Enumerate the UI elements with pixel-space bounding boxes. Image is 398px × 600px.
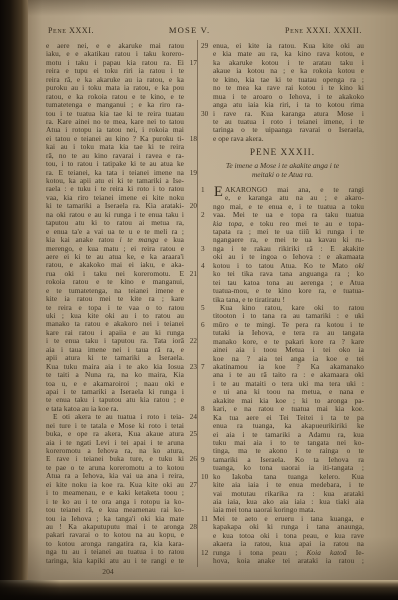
column-divider-rule xyxy=(197,40,198,567)
verse-number: 11 xyxy=(201,515,213,523)
verse-number-gutter xyxy=(201,228,213,236)
verse-number-gutter xyxy=(184,531,197,539)
verse-number-gutter xyxy=(201,464,213,472)
running-head-center: MOSE V. xyxy=(169,25,211,35)
verse-number: 5 xyxy=(201,304,213,312)
verse-number: 17 xyxy=(184,59,197,67)
verse-number: 10 xyxy=(201,473,213,481)
chapter-heading: PENE XXXII. xyxy=(201,148,364,159)
verse-number-gutter xyxy=(184,245,197,253)
verse-number-gutter xyxy=(184,388,197,396)
verse-number-gutter xyxy=(184,67,197,75)
verse-number-gutter xyxy=(184,143,197,151)
verse-number: 28 xyxy=(184,523,197,531)
verse-number-gutter xyxy=(201,76,213,84)
verse-number-gutter xyxy=(201,59,213,67)
verse-number-gutter xyxy=(201,414,213,422)
verse-number-gutter xyxy=(184,211,197,219)
verse-number-gutter xyxy=(201,312,213,320)
verse-number-gutter xyxy=(184,354,197,362)
verse-number-gutter xyxy=(184,219,197,227)
verse-number-gutter xyxy=(184,329,197,337)
verse-number-gutter xyxy=(184,76,197,84)
verse-number-gutter xyxy=(184,50,197,58)
verse-number-gutter xyxy=(184,84,197,92)
verse-number-gutter xyxy=(184,557,197,565)
running-head: Pene XXXI. MOSE V. Pene XXXI. XXXII. xyxy=(48,25,362,35)
verse-number-gutter xyxy=(201,422,213,430)
verse-number-gutter xyxy=(201,329,213,337)
verse-number-gutter xyxy=(184,160,197,168)
verse-number-gutter xyxy=(184,498,197,506)
verse-number: 24 xyxy=(184,413,197,421)
verse-number-gutter xyxy=(201,287,213,295)
verse-number-gutter xyxy=(184,548,197,556)
verse-number-gutter xyxy=(201,126,213,134)
verse-number-gutter xyxy=(201,118,213,126)
left-text-column: e aere nei, e e akaruke mai ratouiaku, e… xyxy=(46,42,197,565)
verse-number-gutter xyxy=(201,338,213,346)
verse-number: 30 xyxy=(201,110,213,118)
page-bottom-edge xyxy=(0,580,398,600)
verse-number-gutter xyxy=(201,50,213,58)
verse-number: 29 xyxy=(201,42,213,50)
verse-number-gutter xyxy=(201,540,213,548)
verse-number-gutter xyxy=(201,447,213,455)
verse-number-gutter xyxy=(184,422,197,430)
verse-number-gutter xyxy=(201,498,213,506)
verse-number-gutter xyxy=(184,346,197,354)
verse-number: 18 xyxy=(184,135,197,143)
verse-number-gutter xyxy=(184,194,197,202)
verse-number-gutter xyxy=(184,405,197,413)
verse-number: 25 xyxy=(184,430,197,438)
verse-number-gutter xyxy=(184,93,197,101)
page-number: 204 xyxy=(88,567,128,576)
verse-number: 6 xyxy=(201,321,213,329)
verse-number-gutter xyxy=(184,177,197,185)
verse-number: 26 xyxy=(184,455,197,463)
verse-number-gutter xyxy=(184,489,197,497)
verse-number-gutter xyxy=(201,346,213,354)
verse-number-gutter xyxy=(184,261,197,269)
verse-number-gutter xyxy=(184,236,197,244)
book-photo: Pene XXXI. MOSE V. Pene XXXI. XXXII. e a… xyxy=(0,0,398,600)
verse-number-gutter xyxy=(201,380,213,388)
verse-number-gutter xyxy=(201,93,213,101)
verse-number: 22 xyxy=(184,337,197,345)
verse-number: 3 xyxy=(201,245,213,253)
verse-number-gutter xyxy=(201,397,213,405)
verse-number-gutter xyxy=(201,220,213,228)
verse-number-gutter xyxy=(184,101,197,109)
verse-number-gutter xyxy=(201,431,213,439)
verse-number-gutter xyxy=(201,67,213,75)
verse-number-gutter xyxy=(201,355,213,363)
text-line: taringa, kia kapiki atu au i te rangi e … xyxy=(46,557,197,565)
verse-number-gutter xyxy=(184,42,197,50)
verse-number: 23 xyxy=(184,363,197,371)
verse-number-gutter xyxy=(184,152,197,160)
verse-number-gutter xyxy=(184,439,197,447)
verse-number: 4 xyxy=(201,262,213,270)
right-text-column: 29enua, ei kite ia ratou. Kua kite oki a… xyxy=(201,42,364,566)
verse-number-gutter xyxy=(184,320,197,328)
verse-number-gutter xyxy=(201,557,213,565)
verse-number: 20 xyxy=(184,202,197,210)
verse-number-gutter xyxy=(201,296,213,304)
verse-number-gutter xyxy=(201,532,213,540)
running-head-right: Pene XXXI. XXXII. xyxy=(285,26,362,35)
verse-number-gutter xyxy=(201,84,213,92)
verse-number: 1 xyxy=(201,186,213,194)
verse-number-gutter xyxy=(201,270,213,278)
verse-number-gutter xyxy=(184,304,197,312)
verse-number: 12 xyxy=(201,549,213,557)
verse-number-gutter xyxy=(184,515,197,523)
verse-number-gutter xyxy=(184,185,197,193)
verse-number: 9 xyxy=(201,456,213,464)
verse-number-gutter xyxy=(201,371,213,379)
verse-number-gutter xyxy=(184,278,197,286)
verse-number-gutter xyxy=(201,388,213,396)
verse-number: 19 xyxy=(184,169,197,177)
verse-number-gutter xyxy=(201,203,213,211)
chapter-subtitle-line: meitaki o te Atua ra. xyxy=(201,171,364,180)
verse-number-gutter xyxy=(184,118,197,126)
verse-number: 2 xyxy=(201,211,213,219)
verse-number-gutter xyxy=(201,135,213,143)
verse-number-gutter xyxy=(184,380,197,388)
verse-number-gutter xyxy=(184,540,197,548)
verse-number-gutter xyxy=(201,490,213,498)
verse-number-gutter xyxy=(201,523,213,531)
verse-number: 27 xyxy=(184,481,197,489)
verse-number-gutter xyxy=(201,506,213,514)
running-head-left: Pene XXXI. xyxy=(48,26,94,35)
verse-number-gutter xyxy=(184,312,197,320)
verse-number-gutter xyxy=(184,464,197,472)
verse-number-gutter xyxy=(184,295,197,303)
verse-number-gutter xyxy=(201,194,213,202)
verse-number-gutter xyxy=(184,396,197,404)
chapter-subtitle: Te imene a Mose i te akakite anga i teme… xyxy=(201,162,364,180)
verse-number-gutter xyxy=(201,439,213,447)
verse-number-gutter xyxy=(184,126,197,134)
verse-number-gutter xyxy=(184,110,197,118)
verse-number-gutter xyxy=(184,287,197,295)
text-line: e ope rava akera. xyxy=(201,135,364,143)
verse-number-gutter xyxy=(184,371,197,379)
line-text: hova, koia anake tei arataki ia ratou ; xyxy=(213,557,364,565)
line-text: e ope rava akera. xyxy=(213,135,364,143)
verse-number: 8 xyxy=(201,405,213,413)
verse-number-gutter xyxy=(184,506,197,514)
verse-number-gutter xyxy=(201,236,213,244)
verse-number-gutter xyxy=(184,253,197,261)
verse-number-gutter xyxy=(201,481,213,489)
verse-number: 21 xyxy=(184,270,197,278)
verse-number-gutter xyxy=(184,447,197,455)
verse-number-gutter xyxy=(201,253,213,261)
line-text: taringa, kia kapiki atu au i te rangi e … xyxy=(46,557,184,565)
verse-number-gutter xyxy=(201,101,213,109)
verse-number-gutter xyxy=(201,279,213,287)
verse-number: 7 xyxy=(201,363,213,371)
verse-number-gutter xyxy=(184,228,197,236)
verse-number-gutter xyxy=(184,472,197,480)
text-line: hova, koia anake tei arataki ia ratou ; xyxy=(201,557,364,565)
book-gutter-shadow xyxy=(0,0,30,583)
